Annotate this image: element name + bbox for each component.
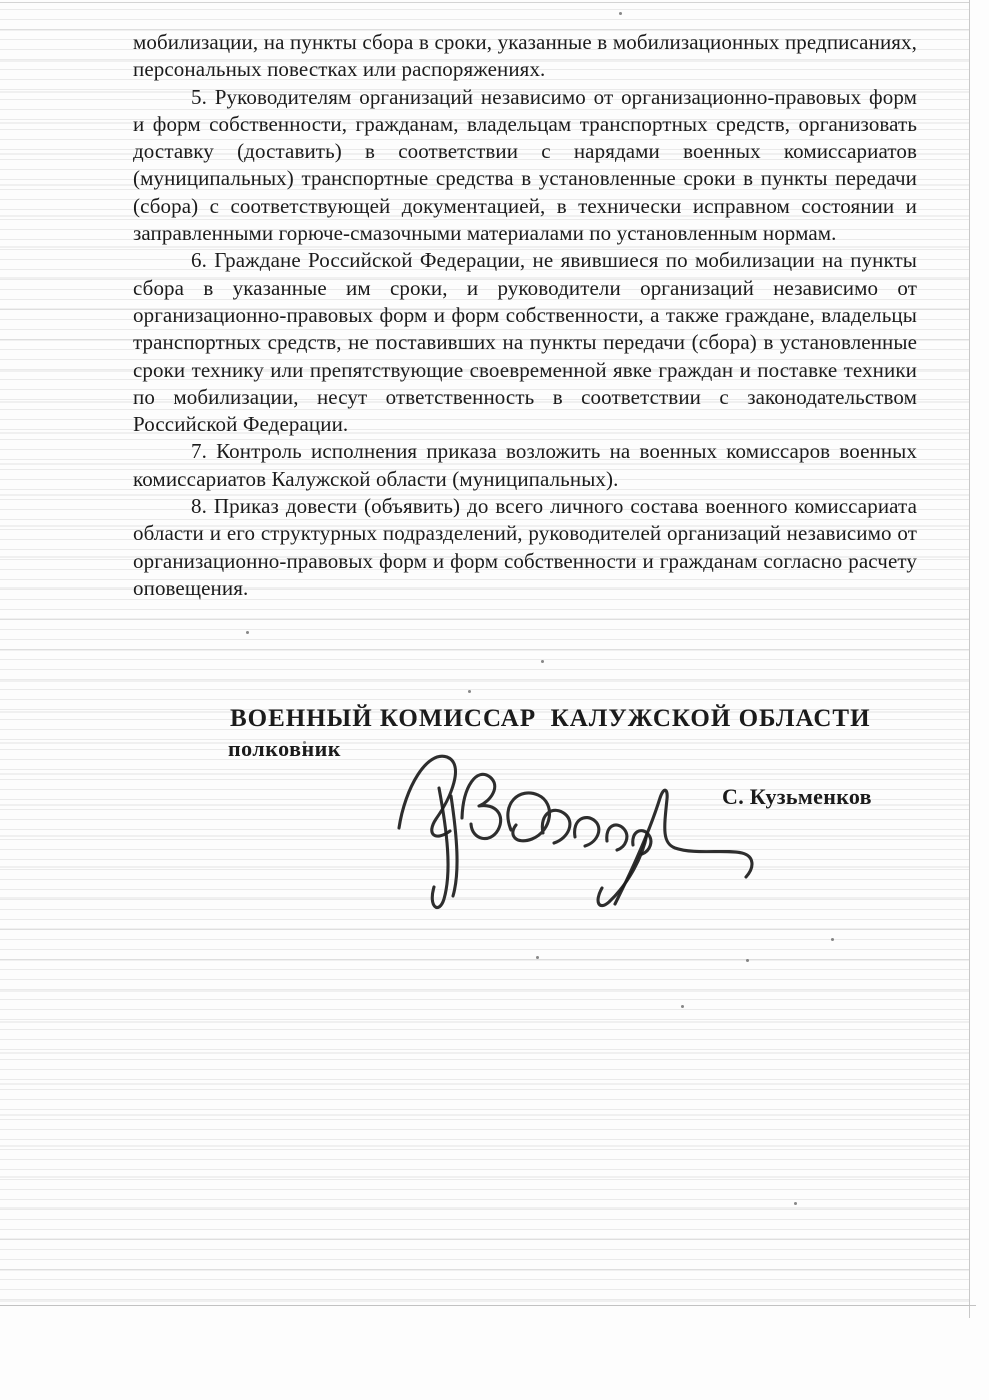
scan-speckle: [746, 959, 749, 962]
paragraph-item-6: 6. Граждане Российской Федерации, не яви…: [133, 247, 917, 438]
paragraph-item-7: 7. Контроль исполнения приказа возложить…: [133, 438, 917, 493]
scan-edge-bottom-line: [0, 1305, 976, 1306]
scan-speckle: [246, 631, 249, 634]
scan-speckle: [794, 1202, 797, 1205]
paragraph-item-8: 8. Приказ довести (объявить) до всего ли…: [133, 493, 917, 602]
scan-edge-vertical-line: [969, 0, 970, 1318]
scan-speckle: [468, 690, 471, 693]
scan-top-line: [0, 2, 970, 3]
scan-speckle: [681, 1005, 684, 1008]
paragraph-continuation: мобилизации, на пункты сбора в сроки, ук…: [133, 29, 917, 84]
paragraph-item-5: 5. Руководителям организаций независимо …: [133, 84, 917, 248]
scan-speckle: [831, 938, 834, 941]
signatory-title: ВОЕННЫЙ КОМИССАР КАЛУЖСКОЙ ОБЛАСТИ: [230, 705, 871, 733]
scan-speckle: [619, 12, 622, 15]
signatory-rank: полковник: [228, 736, 341, 762]
scan-speckle: [536, 956, 539, 959]
scanned-order-page: мобилизации, на пункты сбора в сроки, ук…: [0, 0, 989, 1400]
order-body-text: мобилизации, на пункты сбора в сроки, ук…: [133, 29, 917, 602]
scan-speckle: [541, 660, 544, 663]
signature-handwriting: [383, 736, 763, 921]
